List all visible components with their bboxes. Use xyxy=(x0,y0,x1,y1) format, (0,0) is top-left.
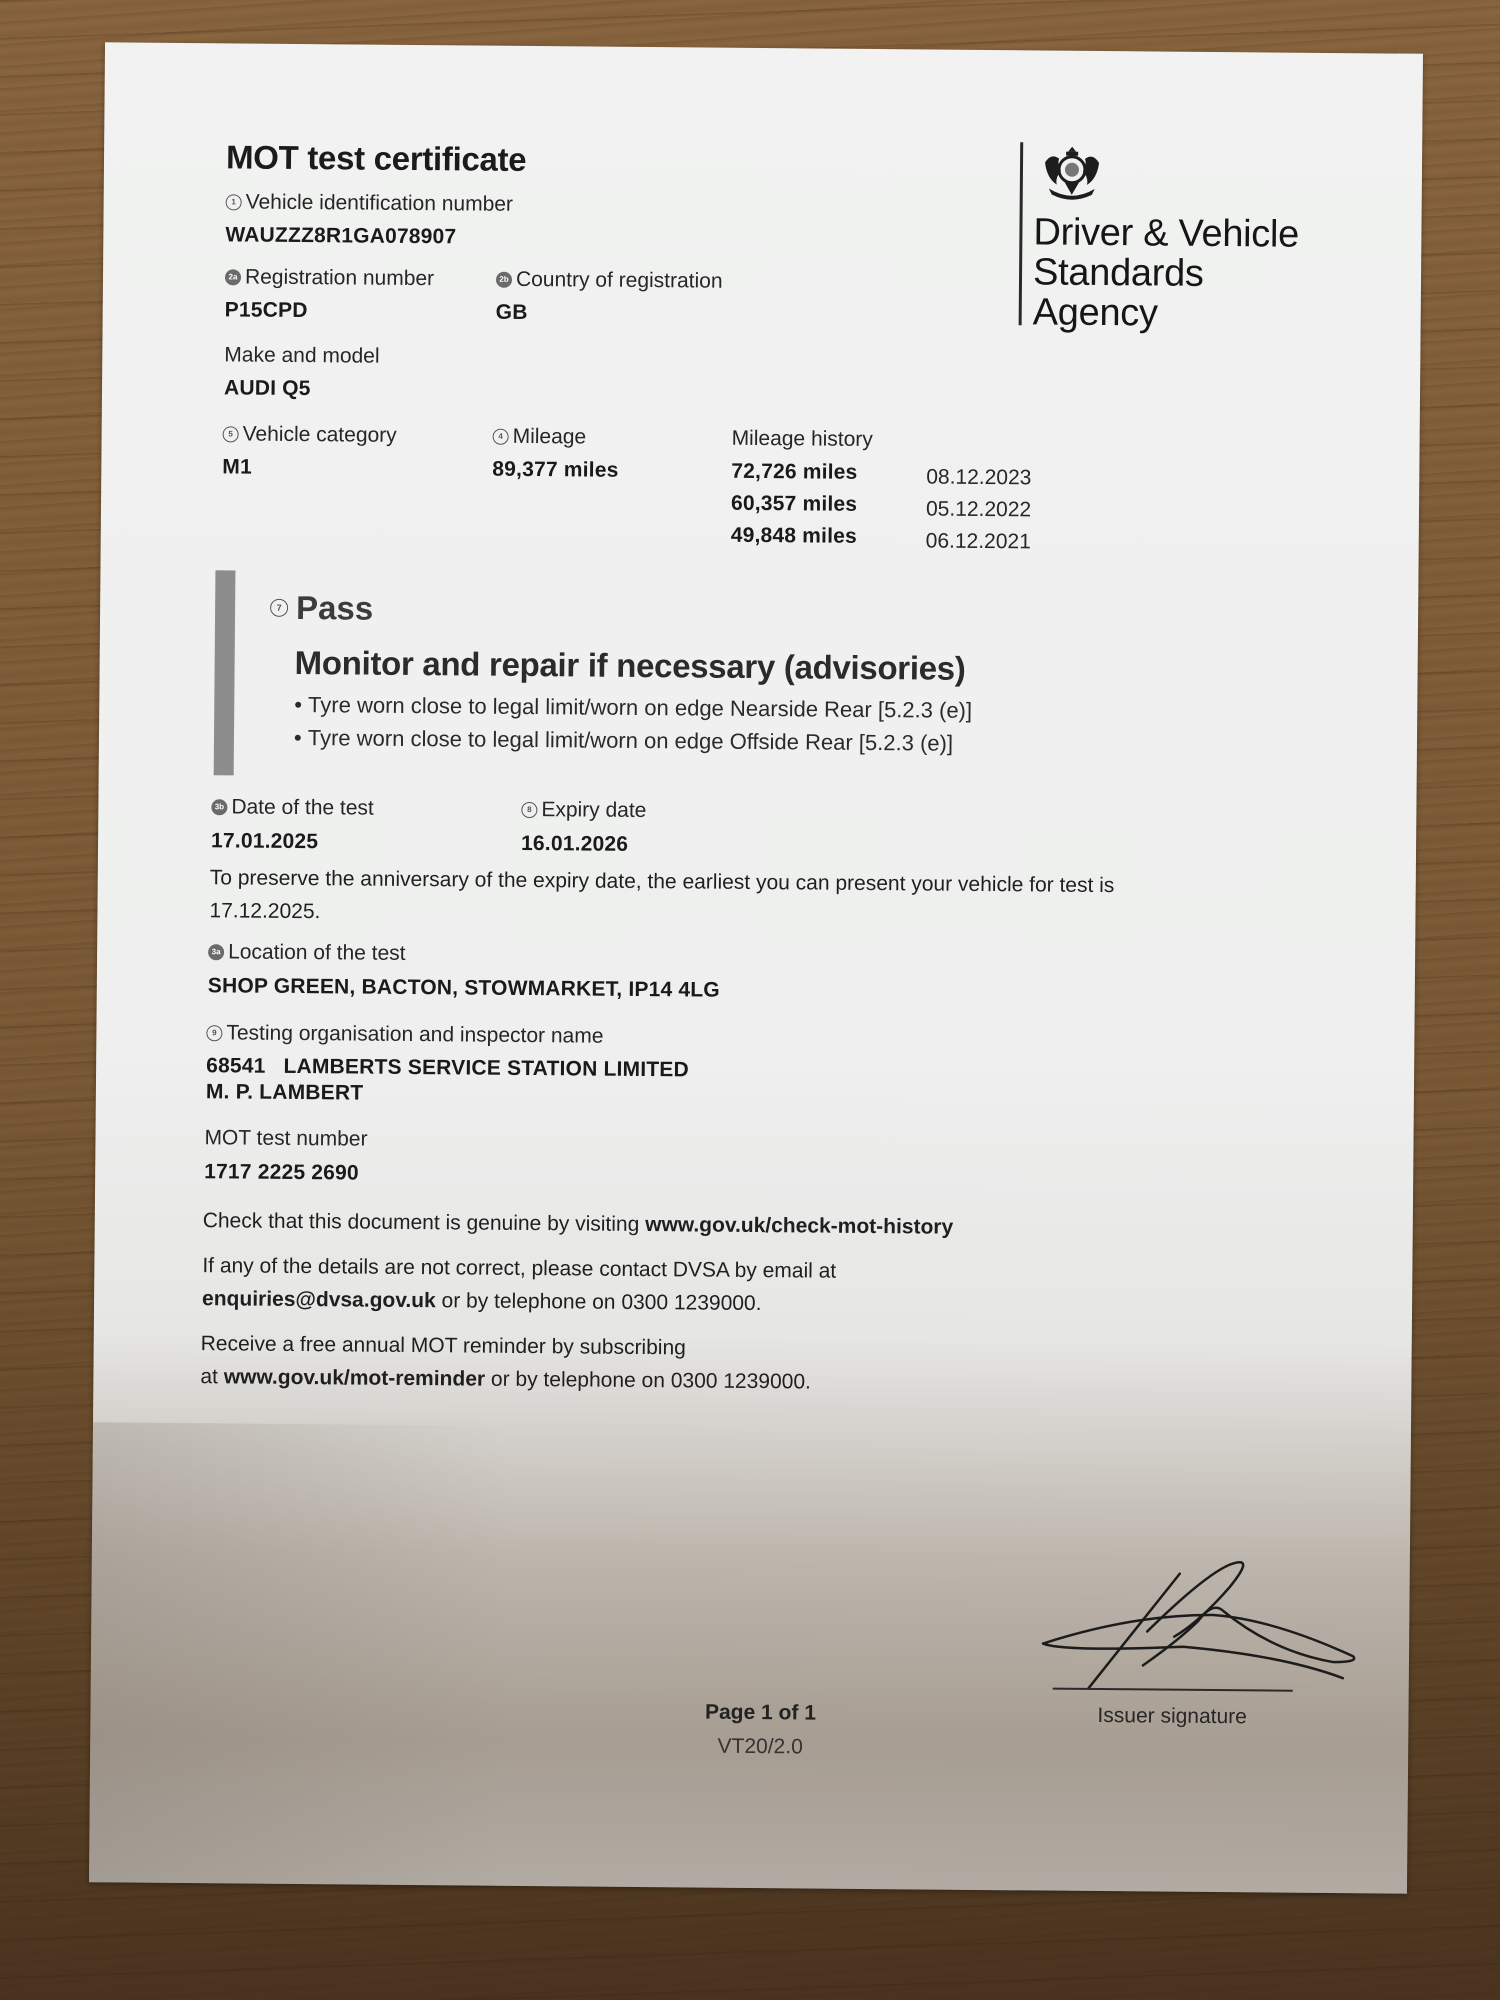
organisation-label: 9 Testing organisation and inspector nam… xyxy=(206,1021,603,1048)
location-value: SHOP GREEN, BACTON, STOWMARKET, IP14 4LG xyxy=(208,974,720,1002)
mileage-history-row: 72,726 miles 08.12.2023 xyxy=(731,460,1031,495)
mileage-history-list: 72,726 miles 08.12.2023 60,357 miles 05.… xyxy=(731,460,1032,559)
mileage-history-row: 60,357 miles 05.12.2022 xyxy=(731,492,1031,527)
crest-icon xyxy=(1037,142,1108,208)
test-date-value: 17.01.2025 xyxy=(211,829,318,854)
field-marker-icon: 3b xyxy=(211,799,227,815)
mileage-history-row: 49,848 miles 06.12.2021 xyxy=(731,524,1031,559)
document-title: MOT test certificate xyxy=(226,138,527,179)
genuine-check-text: Check that this document is genuine by v… xyxy=(203,1204,954,1244)
result-status-bar xyxy=(214,570,236,775)
agency-line-1: Driver & Vehicle xyxy=(1033,212,1299,254)
mot-reminder-link[interactable]: www.gov.uk/mot-reminder xyxy=(224,1365,486,1390)
issuer-signature xyxy=(1039,1555,1360,1703)
agency-line-2: Standards xyxy=(1033,252,1299,294)
mileage-value: 89,377 miles xyxy=(492,458,618,483)
anniversary-note: To preserve the anniversary of the expir… xyxy=(209,861,1260,936)
category-label: 5 Vehicle category xyxy=(223,422,397,448)
make-model-label: Make and model xyxy=(224,343,379,368)
field-marker-icon: 2a xyxy=(225,269,241,285)
make-model-value: AUDI Q5 xyxy=(224,376,311,401)
pass-status: Pass xyxy=(296,589,373,628)
field-marker-icon: 8 xyxy=(521,802,537,818)
mileage-label: 4 Mileage xyxy=(493,425,587,450)
field-marker-icon: 4 xyxy=(493,429,509,445)
advisory-item: • Tyre worn close to legal limit/worn on… xyxy=(294,692,972,724)
field-marker-icon: 1 xyxy=(226,194,242,210)
field-marker-icon: 9 xyxy=(206,1025,222,1041)
location-label: 3a Location of the test xyxy=(208,940,406,966)
category-value: M1 xyxy=(222,455,252,479)
inspector-name: M. P. LAMBERT xyxy=(206,1080,364,1105)
test-number-label: MOT test number xyxy=(204,1126,367,1151)
agency-line-3: Agency xyxy=(1033,292,1299,334)
logo-divider xyxy=(1019,142,1024,325)
field-marker-icon: 2b xyxy=(496,272,512,288)
registration-label: 2a Registration number xyxy=(225,265,434,291)
contact-email-link[interactable]: enquiries@dvsa.gov.uk xyxy=(202,1287,436,1312)
field-marker-icon: 7 xyxy=(270,599,288,617)
bullet-icon: • xyxy=(294,692,308,717)
mot-certificate-paper: MOT test certificate Driver & Vehicle St… xyxy=(89,42,1423,1893)
test-date-label: 3b Date of the test xyxy=(211,795,374,820)
paper-shadow xyxy=(89,1422,513,1886)
field-marker-icon: 3a xyxy=(208,944,224,960)
country-value: GB xyxy=(496,301,528,325)
agency-name: Driver & Vehicle Standards Agency xyxy=(1033,212,1300,334)
contact-text: If any of the details are not correct, p… xyxy=(202,1249,836,1321)
registration-value: P15CPD xyxy=(225,298,308,323)
form-version: VT20/2.0 xyxy=(660,1734,860,1760)
reminder-text: Receive a free annual MOT reminder by su… xyxy=(200,1327,811,1398)
test-number-value: 1717 2225 2690 xyxy=(204,1160,359,1185)
result-status: 7 Pass xyxy=(270,589,373,628)
expiry-date-value: 16.01.2026 xyxy=(521,832,628,857)
expiry-date-label: 8 Expiry date xyxy=(521,798,646,823)
mileage-history-label: Mileage history xyxy=(732,427,873,452)
vin-value: WAUZZZ8R1GA078907 xyxy=(225,223,456,249)
bullet-icon: • xyxy=(294,725,308,750)
check-mot-history-link[interactable]: www.gov.uk/check-mot-history xyxy=(645,1213,953,1239)
country-label: 2b Country of registration xyxy=(496,268,723,294)
signature-label: Issuer signature xyxy=(1097,1704,1247,1729)
advisory-item: • Tyre worn close to legal limit/worn on… xyxy=(294,725,953,757)
organisation-value: 68541LAMBERTS SERVICE STATION LIMITED xyxy=(206,1054,689,1082)
advisory-heading: Monitor and repair if necessary (advisor… xyxy=(294,644,965,688)
field-marker-icon: 5 xyxy=(223,426,239,442)
vin-label: 1 Vehicle identification number xyxy=(226,190,514,217)
page-number: Page 1 of 1 xyxy=(660,1700,860,1726)
